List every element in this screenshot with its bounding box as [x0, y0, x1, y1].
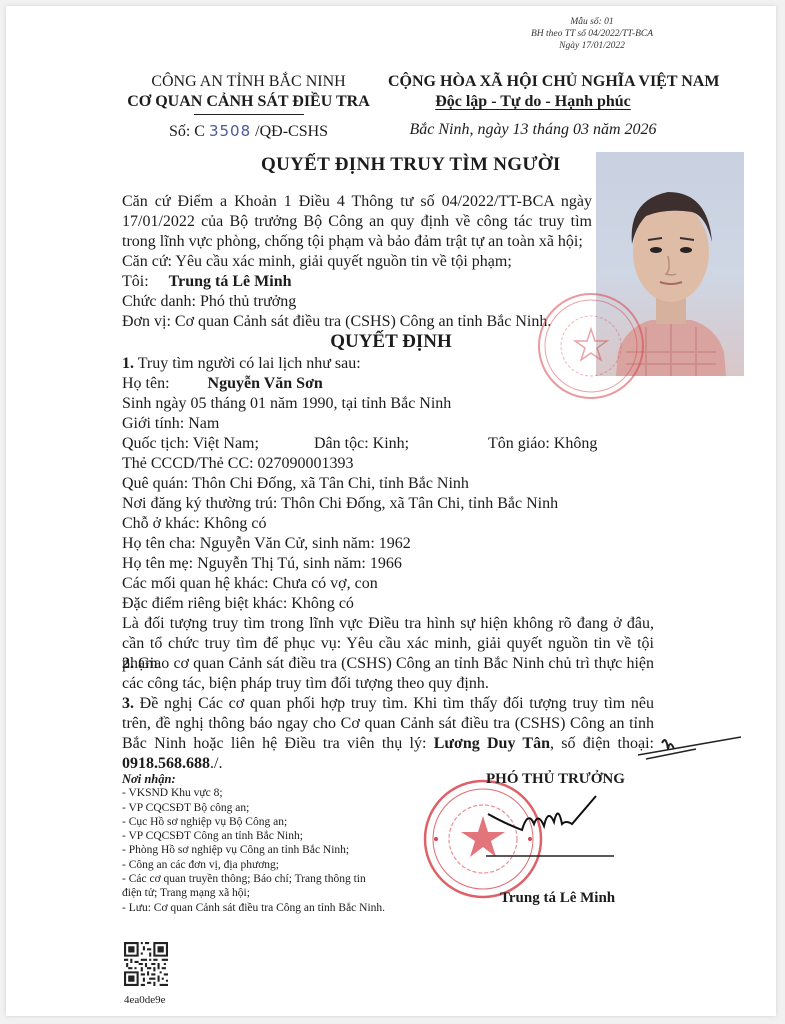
document-title: QUYẾT ĐỊNH TRUY TÌM NGƯỜI	[261, 154, 561, 176]
item-2: 2. Giao cơ quan Cảnh sát điều tra (CSHS)…	[122, 654, 654, 694]
subject-residence: Nơi đăng ký thường trú: Thôn Chi Đống, x…	[122, 494, 558, 514]
subject-name-label: Họ tên:	[122, 375, 170, 392]
subject-id-card: Thẻ CCCD/Thẻ CC: 027090001393	[122, 454, 354, 474]
header-rule	[194, 114, 304, 115]
handwritten-number: 3508	[209, 122, 251, 140]
handwritten-signature-icon	[486, 794, 636, 864]
item-3-end: ./.	[210, 755, 222, 772]
subject-relations: Các mối quan hệ khác: Chưa có vợ, con	[122, 574, 378, 594]
issuer-unit: Đơn vị: Cơ quan Cảnh sát điều tra (CSHS)…	[122, 312, 551, 332]
unit-name: CƠ QUAN CẢNH SÁT ĐIỀU TRA	[121, 92, 376, 112]
item-2-number: 2.	[122, 655, 134, 672]
recipient-item: - Các cơ quan truyền thông; Báo chí; Tra…	[122, 872, 387, 901]
qr-code-id: 4ea0de9e	[124, 994, 166, 1006]
form-code-line2: BH theo TT số 04/2022/TT-BCA	[502, 28, 682, 40]
recipient-item: - VP CQCSĐT Bộ công an;	[122, 801, 387, 815]
legal-basis-1: Căn cứ Điểm a Khoản 1 Điều 4 Thông tư số…	[122, 192, 592, 252]
number-prefix: Số: C	[169, 123, 209, 140]
recipients-list: Nơi nhận: - VKSND Khu vực 8; - VP CQCSĐT…	[122, 772, 387, 915]
form-code-line1: Mẫu số: 01	[502, 16, 682, 28]
subject-features: Đặc điểm riêng biệt khác: Không có	[122, 594, 354, 614]
document-number: Số: C 3508 /QĐ-CSHS	[121, 121, 376, 142]
issuer-name: Trung tá Lê Minh	[169, 273, 292, 290]
document-page: Mẫu số: 01 BH theo TT số 04/2022/TT-BCA …	[6, 6, 776, 1016]
signatory-name: Trung tá Lê Minh	[500, 890, 615, 907]
nation-name: CỘNG HÒA XÃ HỘI CHỦ NGHĨA VIỆT NAM	[388, 72, 678, 92]
subject-other-address: Chỗ ở khác: Không có	[122, 514, 266, 534]
motto: Độc lập - Tự do - Hạnh phúc	[388, 92, 678, 112]
item-1-intro-text: Truy tìm người có lai lịch như sau:	[134, 355, 361, 372]
initial-mark-icon	[636, 731, 746, 761]
issuer-position: Chức danh: Phó thủ trưởng	[122, 292, 296, 312]
item-2-text: Giao cơ quan Cảnh sát điều tra (CSHS) Cô…	[122, 655, 654, 692]
item-1-intro: 1. Truy tìm người có lai lịch như sau:	[122, 354, 361, 374]
subject-ethnicity: Dân tộc: Kinh;	[314, 434, 409, 454]
recipient-item: - Phòng Hồ sơ nghiệp vụ Công an tỉnh Bắc…	[122, 843, 387, 857]
subject-name: Nguyễn Văn Sơn	[208, 375, 323, 392]
recipient-item: - Công an các đơn vị, địa phương;	[122, 858, 387, 872]
subject-religion: Tôn giáo: Không	[488, 434, 597, 454]
number-suffix: /QĐ-CSHS	[251, 123, 328, 140]
subject-hometown: Quê quán: Thôn Chi Đống, xã Tân Chi, tỉn…	[122, 474, 469, 494]
qr-code-icon	[124, 942, 168, 986]
subject-nationality: Quốc tịch: Việt Nam;	[122, 434, 259, 454]
officer-phone: 0918.568.688	[122, 755, 210, 772]
legal-basis-2: Căn cứ: Yêu cầu xác minh, giải quyết ngu…	[122, 252, 512, 272]
motto-text: Độc lập - Tự do - Hạnh phúc	[435, 93, 631, 110]
subject-name-line: Họ tên:Nguyễn Văn Sơn	[122, 374, 323, 394]
recipient-item: - Lưu: Cơ quan Cảnh sát điều tra Công an…	[122, 901, 387, 915]
form-code: Mẫu số: 01 BH theo TT số 04/2022/TT-BCA …	[502, 16, 682, 52]
signatory-title: PHÓ THỦ TRƯỞNG	[486, 771, 625, 788]
issuer-line: Tôi:Trung tá Lê Minh	[122, 272, 292, 292]
officer-name: Lương Duy Tân	[434, 735, 550, 752]
recipient-item: - VP CQCSĐT Công an tỉnh Bắc Ninh;	[122, 829, 387, 843]
national-header: CỘNG HÒA XÃ HỘI CHỦ NGHĨA VIỆT NAM Độc l…	[388, 72, 678, 140]
item-3: 3. Đề nghị Các cơ quan phối hợp truy tìm…	[122, 694, 654, 774]
recipient-item: - VKSND Khu vực 8;	[122, 786, 387, 800]
agency-name: CÔNG AN TỈNH BẮC NINH	[121, 72, 376, 92]
recipient-item: - Cục Hồ sơ nghiệp vụ Bộ Công an;	[122, 815, 387, 829]
form-code-line3: Ngày 17/01/2022	[502, 40, 682, 52]
recipients-heading: Nơi nhận:	[122, 772, 387, 786]
subject-father: Họ tên cha: Nguyễn Văn Cử, sinh năm: 196…	[122, 534, 411, 554]
subject-birth: Sinh ngày 05 tháng 01 năm 1990, tại tỉnh…	[122, 394, 451, 414]
decision-heading: QUYẾT ĐỊNH	[6, 331, 776, 353]
subject-mother: Họ tên mẹ: Nguyễn Thị Tú, sinh năm: 1966	[122, 554, 402, 574]
place-date: Bắc Ninh, ngày 13 tháng 03 năm 2026	[388, 120, 678, 140]
subject-gender: Giới tính: Nam	[122, 414, 219, 434]
issuing-agency-header: CÔNG AN TỈNH BẮC NINH CƠ QUAN CẢNH SÁT Đ…	[121, 72, 376, 142]
item-1-number: 1.	[122, 355, 134, 372]
issuer-label: Tôi:	[122, 273, 149, 290]
item-3-number: 3.	[122, 695, 134, 712]
